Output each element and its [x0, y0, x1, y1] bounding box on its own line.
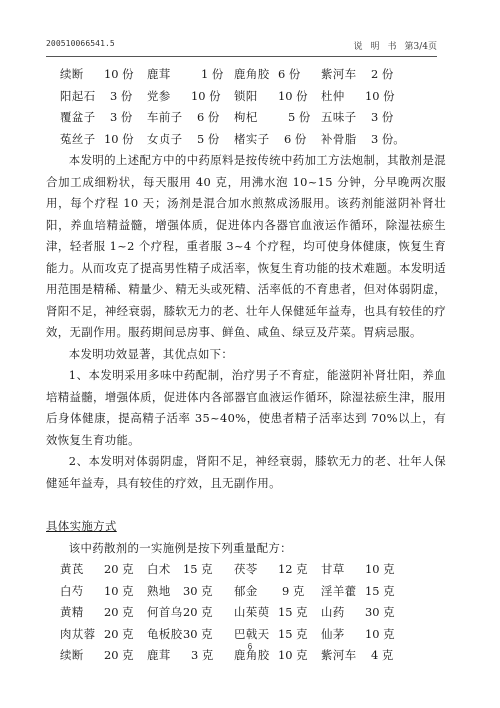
herb-entry: 楮实子6 份 [234, 129, 321, 151]
herb-entry: 车前子6 份 [147, 107, 234, 129]
section-title-embodiment: 具体实施方式 [46, 516, 446, 538]
formula-parts-table: 续断10 份 鹿茸1 份 鹿角胶6 份 紫河车2 份 阳起石3 份 党参10 份… [60, 64, 446, 150]
herb-entry: 郁金9 克 [234, 581, 321, 603]
herb-entry: 山药30 克 [321, 602, 408, 624]
document-body: 续断10 份 鹿茸1 份 鹿角胶6 份 紫河车2 份 阳起石3 份 党参10 份… [46, 64, 446, 667]
advantages-intro: 本发明功效显著，其优点如下： [46, 344, 446, 366]
doc-type-char: 明 [370, 42, 379, 52]
herb-entry: 补骨脂3 份。 [321, 129, 408, 151]
application-number: 200510066541.5 [46, 39, 115, 48]
herb-entry: 锁阳10 份 [234, 86, 321, 108]
herb-entry: 党参10 份 [147, 86, 234, 108]
herb-entry: 女贞子5 份 [147, 129, 234, 151]
herb-entry: 鹿角胶6 份 [234, 64, 321, 86]
herb-entry: 枸杞5 份 [234, 107, 321, 129]
page-header: 200510066541.5 说明书第3/4页 [46, 36, 437, 57]
herb-entry: 黄芪20 克 [60, 559, 147, 581]
doc-type-char: 说 [353, 42, 362, 52]
herb-entry: 紫河车2 份 [321, 64, 408, 86]
herb-entry: 白术15 克 [147, 559, 234, 581]
herb-entry: 续断10 份 [60, 64, 147, 86]
herb-entry: 黄精20 克 [60, 602, 147, 624]
page-number: 6 [0, 642, 500, 651]
advantage-2-paragraph: 2、本发明对体弱阴虚，肾阳不足，神经衰弱，膝软无力的老、壮年人保健延年益寿，具有… [46, 451, 446, 494]
herb-entry: 鹿茸1 份 [147, 64, 234, 86]
herb-entry: 五味子3 份 [321, 107, 408, 129]
advantage-1-paragraph: 1、本发明采用多味中药配制，治疗男子不育症，能滋阴补肾壮阳，养血培精益髓，增强体… [46, 365, 446, 451]
herb-entry: 茯苓12 克 [234, 559, 321, 581]
herb-entry: 何首乌20 克 [147, 602, 234, 624]
herb-entry: 覆盆子3 份 [60, 107, 147, 129]
herb-entry: 熟地30 克 [147, 581, 234, 603]
section-spacer [46, 494, 446, 516]
herb-entry: 杜仲10 份 [321, 86, 408, 108]
herb-entry: 阳起石3 份 [60, 86, 147, 108]
document-type-label: 说明书第3/4页 [345, 39, 437, 52]
preparation-paragraph: 本发明的上述配方中的中药原料是按传统中药加工方法炮制，其散剂是混合加工成细粉状，… [46, 150, 446, 344]
embodiment-intro: 该中药散剂的一实施例是按下列重量配方： [46, 538, 446, 560]
herb-entry: 淫羊藿15 克 [321, 581, 408, 603]
doc-type-char: 书 [387, 42, 396, 52]
herb-entry: 甘草10 克 [321, 559, 408, 581]
herb-entry: 菟丝子10 份 [60, 129, 147, 151]
herb-entry: 白芍10 克 [60, 581, 147, 603]
herb-entry: 山茱萸15 克 [234, 602, 321, 624]
page-indicator: 第3/4页 [405, 42, 438, 52]
